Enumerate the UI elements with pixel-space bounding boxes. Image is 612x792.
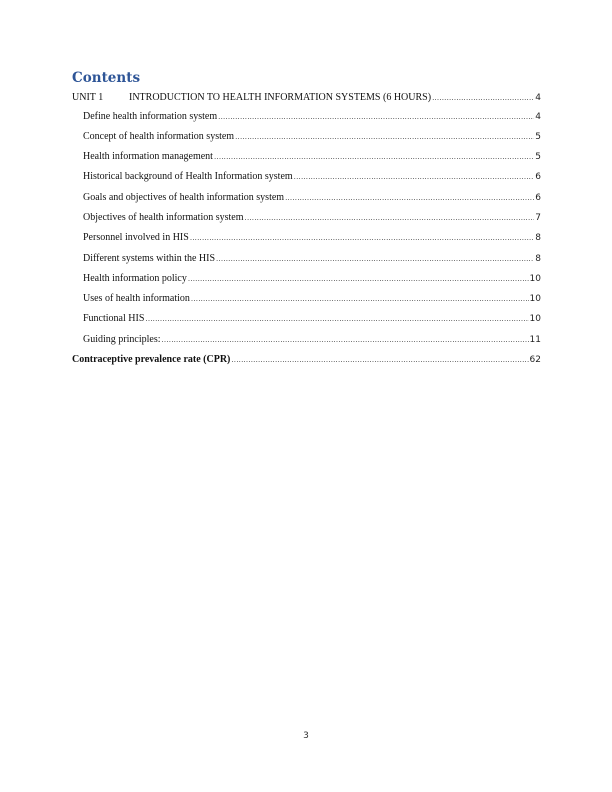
toc-entry-page: 62	[530, 353, 541, 367]
dot-leader	[162, 333, 529, 347]
toc-entry-label: INTRODUCTION TO HEALTH INFORMATION SYSTE…	[129, 91, 431, 105]
toc-entry[interactable]: Guiding principles: 11	[72, 333, 541, 353]
toc-entry[interactable]: Health information policy 10	[72, 272, 541, 292]
toc-entry[interactable]: Define health information system 4	[72, 110, 541, 130]
dot-leader	[218, 110, 534, 124]
toc-entry-page: 10	[530, 312, 541, 326]
toc-entry-label: Different systems within the HIS	[83, 252, 215, 266]
dot-leader	[245, 211, 535, 225]
toc-entry-page: 6	[535, 170, 541, 184]
toc-entry-label: Functional HIS	[83, 312, 144, 326]
toc-entry-label: Uses of health information	[83, 292, 190, 306]
toc-entry-label: Guiding principles:	[83, 333, 161, 347]
toc-heading: Contents	[72, 70, 140, 86]
toc-entry-page: 10	[530, 292, 541, 306]
dot-leader	[191, 292, 529, 306]
toc-entry[interactable]: Health information management 5	[72, 150, 541, 170]
table-of-contents: UNIT 1 INTRODUCTION TO HEALTH INFORMATIO…	[72, 91, 541, 373]
page-number: 3	[0, 731, 612, 741]
toc-entry-page: 10	[530, 272, 541, 286]
dot-leader	[216, 252, 534, 266]
toc-entry-label: Objectives of health information system	[83, 211, 244, 225]
document-page: Contents UNIT 1 INTRODUCTION TO HEALTH I…	[0, 0, 612, 792]
dot-leader	[214, 150, 534, 164]
toc-entry-page: 7	[535, 211, 541, 225]
toc-entry-label: Contraceptive prevalence rate (CPR)	[72, 353, 230, 367]
toc-entry-page: 8	[535, 231, 541, 245]
toc-entry-page: 5	[535, 130, 541, 144]
toc-entry[interactable]: Different systems within the HIS 8	[72, 252, 541, 272]
toc-entry-label: Personnel involved in HIS	[83, 231, 189, 245]
dot-leader	[285, 191, 534, 205]
toc-entry-cpr[interactable]: Contraceptive prevalence rate (CPR) 62	[72, 353, 541, 373]
toc-entry[interactable]: Historical background of Health Informat…	[72, 170, 541, 190]
dot-leader	[188, 272, 529, 286]
toc-entry-number: UNIT 1	[72, 91, 129, 105]
dot-leader	[294, 170, 535, 184]
dot-leader	[432, 91, 534, 105]
toc-entry-page: 11	[530, 333, 541, 347]
toc-entry-label: Health information management	[83, 150, 213, 164]
toc-entry-page: 4	[535, 110, 541, 124]
dot-leader	[190, 231, 534, 245]
toc-entry[interactable]: Concept of health information system 5	[72, 130, 541, 150]
toc-entry-page: 6	[535, 191, 541, 205]
toc-entry-page: 8	[535, 252, 541, 266]
toc-entry-label: Goals and objectives of health informati…	[83, 191, 284, 205]
toc-entry-label: Historical background of Health Informat…	[83, 170, 293, 184]
toc-entry[interactable]: Personnel involved in HIS 8	[72, 231, 541, 251]
dot-leader	[235, 130, 534, 144]
toc-entry[interactable]: Functional HIS 10	[72, 312, 541, 332]
toc-entry-page: 5	[535, 150, 541, 164]
toc-entry-label: Define health information system	[83, 110, 217, 124]
toc-entry[interactable]: Goals and objectives of health informati…	[72, 191, 541, 211]
toc-entry[interactable]: Objectives of health information system …	[72, 211, 541, 231]
toc-entry-label: Concept of health information system	[83, 130, 234, 144]
toc-entry-unit-1[interactable]: UNIT 1 INTRODUCTION TO HEALTH INFORMATIO…	[72, 91, 541, 110]
toc-entry-label: Health information policy	[83, 272, 187, 286]
dot-leader	[231, 353, 528, 367]
dot-leader	[145, 312, 528, 326]
toc-entry[interactable]: Uses of health information 10	[72, 292, 541, 312]
toc-entry-page: 4	[535, 91, 541, 105]
